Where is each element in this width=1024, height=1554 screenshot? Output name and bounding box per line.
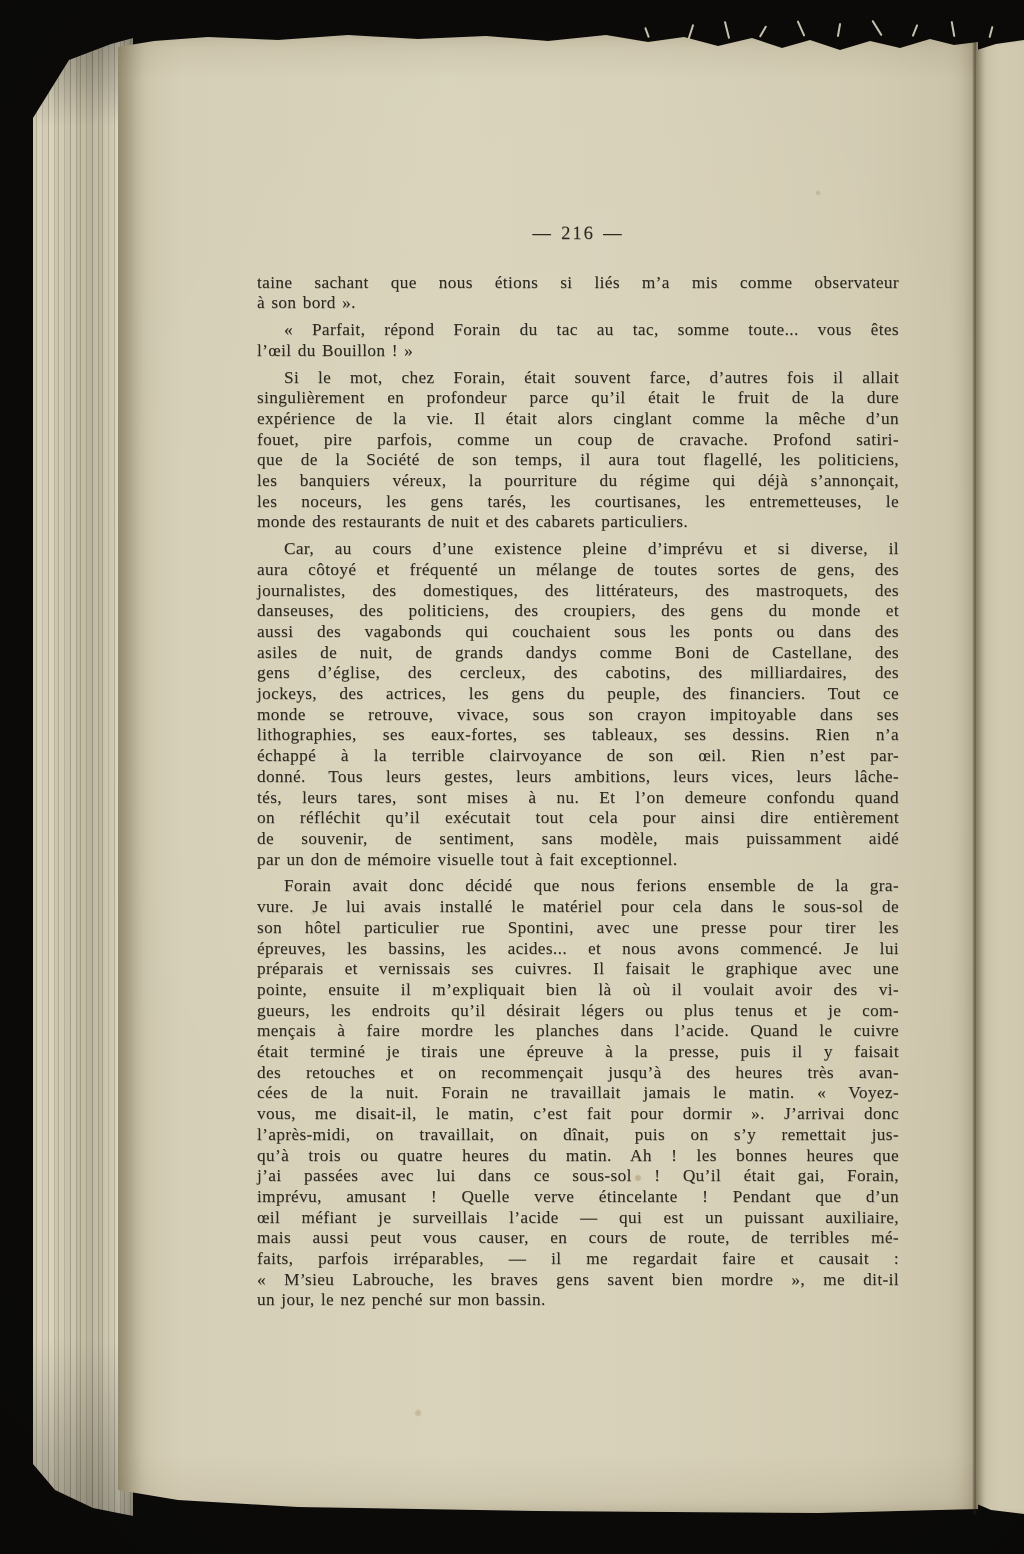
text-line: œil méfiant je surveillais l’acide — qui…	[257, 1208, 899, 1229]
text-line: gueurs, les endroits qu’il désirait lége…	[257, 1001, 899, 1022]
text-line: singulièrement en profondeur parce qu’il…	[257, 388, 899, 409]
text-line: imprévu, amusant ! Quelle verve étincela…	[257, 1187, 899, 1208]
text-line: on réfléchit qu’il exécutait tout cela p…	[257, 808, 899, 829]
adjacent-page-edge	[977, 40, 1024, 1514]
text-line: Forain avait donc décidé que nous ferion…	[257, 876, 899, 897]
paper-fiber	[797, 20, 806, 36]
text-line: gens d’église, des cercleux, des cabotin…	[257, 663, 899, 684]
paragraph: « Parfait, répond Forain du tac au tac, …	[257, 320, 899, 361]
text-line: j’ai passées avec lui dans ce sous-sol !…	[257, 1166, 899, 1187]
text-line: donné. Tous leurs gestes, leurs ambition…	[257, 767, 899, 788]
paragraph: taine sachant que nous étions si liés m’…	[257, 273, 899, 314]
paper-fiber	[724, 21, 730, 39]
text-line: que de la Société de son temps, il aura …	[257, 450, 899, 471]
text-line: cées de la nuit. Forain ne travaillait j…	[257, 1083, 899, 1104]
paper-fiber	[951, 21, 956, 37]
text-line: mais aussi peut vous causer, en cours de…	[257, 1228, 899, 1249]
text-line: les noceurs, les gens tarés, les courtis…	[257, 492, 899, 513]
text-line: l’après-midi, on travaillait, on dînait,…	[257, 1125, 899, 1146]
paper-fiber	[871, 20, 882, 36]
text-line: fouet, pire parfois, comme un coup de cr…	[257, 430, 899, 451]
text-line: un jour, le nez penché sur mon bassin.	[257, 1290, 899, 1311]
text-line: monde se retrouve, vivace, sous son cray…	[257, 705, 899, 726]
text-line: les banquiers véreux, la pourriture du r…	[257, 471, 899, 492]
page-number: — 216 —	[257, 224, 899, 245]
paper-fiber	[837, 23, 841, 37]
text-line: faits, parfois irréparables, — il me reg…	[257, 1249, 899, 1270]
text-line: vure. Je lui avais installé le matériel …	[257, 897, 899, 918]
text-line: lithographies, ses eaux-fortes, ses tabl…	[257, 725, 899, 746]
text-line: aura côtoyé et fréquenté un mélange de t…	[257, 560, 899, 581]
text-line: par un don de mémoire visuelle tout à fa…	[257, 850, 899, 871]
text-line: journalistes, des domestiques, des litté…	[257, 581, 899, 602]
text-line: pointe, ensuite il m’expliquait bien là …	[257, 980, 899, 1001]
text-line: danseuses, des politiciens, des croupier…	[257, 601, 899, 622]
text-line: son hôtel particulier rue Spontini, avec…	[257, 918, 899, 939]
text-line: épreuves, les bassins, les acides... et …	[257, 939, 899, 960]
paper-fiber	[644, 27, 650, 38]
paper-fiber	[759, 25, 767, 37]
text-line: monde des restaurants de nuit et des cab…	[257, 512, 899, 533]
text-line: mençais à faire mordre les planches dans…	[257, 1021, 899, 1042]
text-line: préparais et vernissais ses cuivres. Il …	[257, 959, 899, 980]
text-line: Si le mot, chez Forain, était souvent fa…	[257, 368, 899, 389]
text-line: échappé à la terrible clairvoyance de so…	[257, 746, 899, 767]
paragraph: Car, au cours d’une existence pleine d’i…	[257, 539, 899, 870]
text-line: l’œil du Bouillon ! »	[257, 341, 899, 362]
paragraph: Forain avait donc décidé que nous ferion…	[257, 876, 899, 1311]
text-line: vous, me disait-il, le matin, c’est fait…	[257, 1104, 899, 1125]
text-line: était terminé je tirais une épreuve à la…	[257, 1042, 899, 1063]
scan-background: — 216 — taine sachant que nous étions si…	[0, 0, 1024, 1554]
text-line: « M’sieu Labrouche, les braves gens save…	[257, 1270, 899, 1291]
text-line: taine sachant que nous étions si liés m’…	[257, 273, 899, 294]
page-content: — 216 — taine sachant que nous étions si…	[257, 224, 899, 1311]
text-line: jockeys, des actrices, les gens du peupl…	[257, 684, 899, 705]
text-line: à son bord ».	[257, 293, 899, 314]
paper-fiber	[912, 24, 919, 37]
text-line: expérience de la vie. Il était alors cin…	[257, 409, 899, 430]
paper-fiber	[988, 26, 993, 38]
text-line: « Parfait, répond Forain du tac au tac, …	[257, 320, 899, 341]
paragraph: Si le mot, chez Forain, était souvent fa…	[257, 368, 899, 534]
text-line: aussi des vagabonds qui couchaient sous …	[257, 622, 899, 643]
text-line: tés, leurs tares, sont mises à nu. Et l’…	[257, 788, 899, 809]
text-line: Car, au cours d’une existence pleine d’i…	[257, 539, 899, 560]
text-block: taine sachant que nous étions si liés m’…	[257, 273, 899, 1311]
text-line: asiles de nuit, de grands dandys comme B…	[257, 643, 899, 664]
text-line: de souvenir, de sentiment, sans modèle, …	[257, 829, 899, 850]
text-line: qu’à trois ou quatre heures du matin. Ah…	[257, 1146, 899, 1167]
paper-fiber	[688, 24, 695, 39]
text-line: des retouches et on recommençait jusqu’à…	[257, 1063, 899, 1084]
